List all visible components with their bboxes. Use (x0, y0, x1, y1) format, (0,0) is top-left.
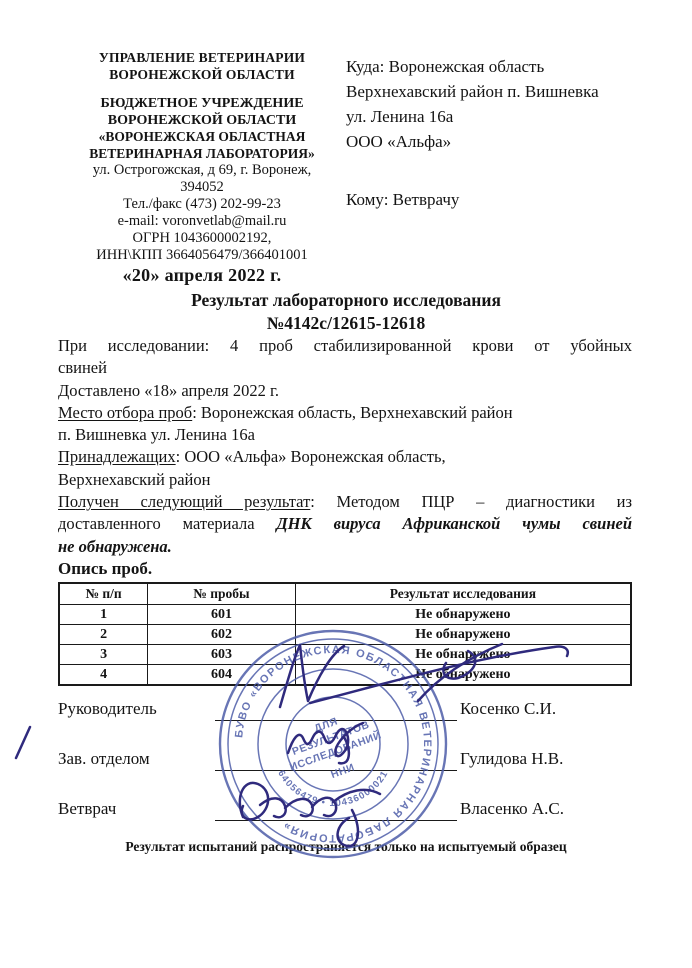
signature-line (215, 746, 457, 771)
org-inn-kpp: ИНН\КПП 3664056479/366401001 (52, 247, 352, 264)
inventory-heading: Опись проб. (58, 558, 632, 580)
body-line-result-cont: доставленного материала ДНК вируса Африк… (58, 513, 632, 535)
document-title: Результат лабораторного исследования №41… (0, 289, 692, 335)
signature-name: Гулидова Н.В. (460, 747, 563, 771)
letterhead-header: УПРАВЛЕНИЕ ВЕТЕРИНАРИИ ВОРОНЕЖСКОЙ ОБЛАС… (0, 50, 692, 287)
recipient-block: Куда: Воронежская область Верхнехавский … (346, 50, 676, 212)
body-line-result: Получен следующий результат: Методом ПЦР… (58, 491, 632, 513)
document-title-line: Результат лабораторного исследования (0, 289, 692, 312)
footer-disclaimer: Результат испытаний распространяется тол… (0, 838, 692, 855)
signature-name: Косенко С.И. (460, 697, 556, 721)
sampling-place-value: : Воронежская область, Верхнехавский рай… (192, 403, 512, 422)
col-header-sample: № пробы (148, 583, 296, 605)
table-row: 3 603 Не обнаружено (59, 645, 631, 665)
recipient-company: ООО «Альфа» (346, 129, 676, 154)
table-row: 1 601 Не обнаружено (59, 605, 631, 625)
recipient-district: Верхнехавский район п. Вишневка (346, 79, 676, 104)
document-date: «20» апреля 2022 г. (52, 264, 352, 287)
body-line-sampling-place-cont: п. Вишневка ул. Ленина 16а (58, 424, 632, 446)
body-line-owner-cont: Верхнехавский район (58, 469, 632, 491)
signature-row-vet: Ветврач Власенко А.С. (58, 791, 692, 821)
signature-role: Ветврач (58, 797, 215, 821)
org-ogrn: ОГРН 1043600002192, (52, 230, 352, 247)
cell-index: 4 (59, 665, 148, 686)
cell-sample: 602 (148, 625, 296, 645)
org-name-line: «ВОРОНЕЖСКАЯ ОБЛАСТНАЯ (52, 129, 352, 146)
owner-label: Принадлежащих (58, 447, 176, 466)
table-header-row: № п/п № пробы Результат исследования (59, 583, 631, 605)
org-email: e-mail: voronvetlab@mail.ru (52, 213, 352, 230)
document-page: УПРАВЛЕНИЕ ВЕТЕРИНАРИИ ВОРОНЕЖСКОЙ ОБЛАС… (0, 0, 692, 968)
col-header-result: Результат исследования (295, 583, 631, 605)
letterhead-org-block: УПРАВЛЕНИЕ ВЕТЕРИНАРИИ ВОРОНЕЖСКОЙ ОБЛАС… (52, 50, 352, 287)
result-verdict: ДНК вируса Африканской чумы свиней (276, 514, 632, 533)
org-address: ул. Острогожская, д 69, г. Воронеж, (52, 162, 352, 179)
result-method: : Методом ПЦР – диагностики из (310, 492, 632, 511)
result-material: доставленного материала (58, 514, 276, 533)
institution-line: ВОРОНЕЖСКОЙ ОБЛАСТИ (52, 112, 352, 129)
body-line-sampling-place: Место отбора проб: Воронежская область, … (58, 402, 632, 424)
cell-index: 2 (59, 625, 148, 645)
signature-block: Руководитель Косенко С.И. Зав. отделом Г… (58, 691, 692, 821)
signature-line (215, 796, 457, 821)
cell-index: 1 (59, 605, 148, 625)
body-line-delivered: Доставлено «18» апреля 2022 г. (58, 380, 632, 402)
result-label: Получен следующий результат (58, 492, 310, 511)
cell-sample: 604 (148, 665, 296, 686)
body-line-examined: При исследовании: 4 проб стабилизированн… (58, 335, 632, 357)
recipient-region: Куда: Воронежская область (346, 54, 676, 79)
signature-line (215, 696, 457, 721)
sampling-place-label: Место отбора проб (58, 403, 192, 422)
org-phone: Тел./факс (473) 202-99-23 (52, 196, 352, 213)
body-line-examined-cont: свиней (58, 357, 632, 379)
signature-name: Власенко А.С. (460, 797, 564, 821)
col-header-index: № п/п (59, 583, 148, 605)
cell-result: Не обнаружено (295, 645, 631, 665)
authority-line: УПРАВЛЕНИЕ ВЕТЕРИНАРИИ (52, 50, 352, 67)
cell-result: Не обнаружено (295, 665, 631, 686)
recipient-attention: Кому: Ветврачу (346, 187, 676, 212)
cell-result: Не обнаружено (295, 625, 631, 645)
authority-line: ВОРОНЕЖСКОЙ ОБЛАСТИ (52, 67, 352, 84)
body-line-owner: Принадлежащих: ООО «Альфа» Воронежская о… (58, 446, 632, 468)
samples-table: № п/п № пробы Результат исследования 1 6… (58, 582, 632, 686)
recipient-street: ул. Ленина 16а (346, 104, 676, 129)
cell-index: 3 (59, 645, 148, 665)
body-line-result-end: не обнаружена. (58, 536, 632, 558)
table-row: 4 604 Не обнаружено (59, 665, 631, 686)
signature-role: Зав. отделом (58, 747, 215, 771)
table-row: 2 602 Не обнаружено (59, 625, 631, 645)
cell-sample: 601 (148, 605, 296, 625)
owner-value: : ООО «Альфа» Воронежская область, (176, 447, 446, 466)
signature-row-dept-head: Зав. отделом Гулидова Н.В. (58, 741, 692, 771)
org-name-line: ВЕТЕРИНАРНАЯ ЛАБОРАТОРИЯ» (52, 146, 352, 163)
signature-row-director: Руководитель Косенко С.И. (58, 691, 692, 721)
cell-sample: 603 (148, 645, 296, 665)
document-body: При исследовании: 4 проб стабилизированн… (58, 335, 632, 580)
institution-line: БЮДЖЕТНОЕ УЧРЕЖДЕНИЕ (52, 95, 352, 112)
signature-role: Руководитель (58, 697, 215, 721)
cell-result: Не обнаружено (295, 605, 631, 625)
document-number: №4142с/12615-12618 (0, 312, 692, 335)
org-postcode: 394052 (52, 179, 352, 196)
